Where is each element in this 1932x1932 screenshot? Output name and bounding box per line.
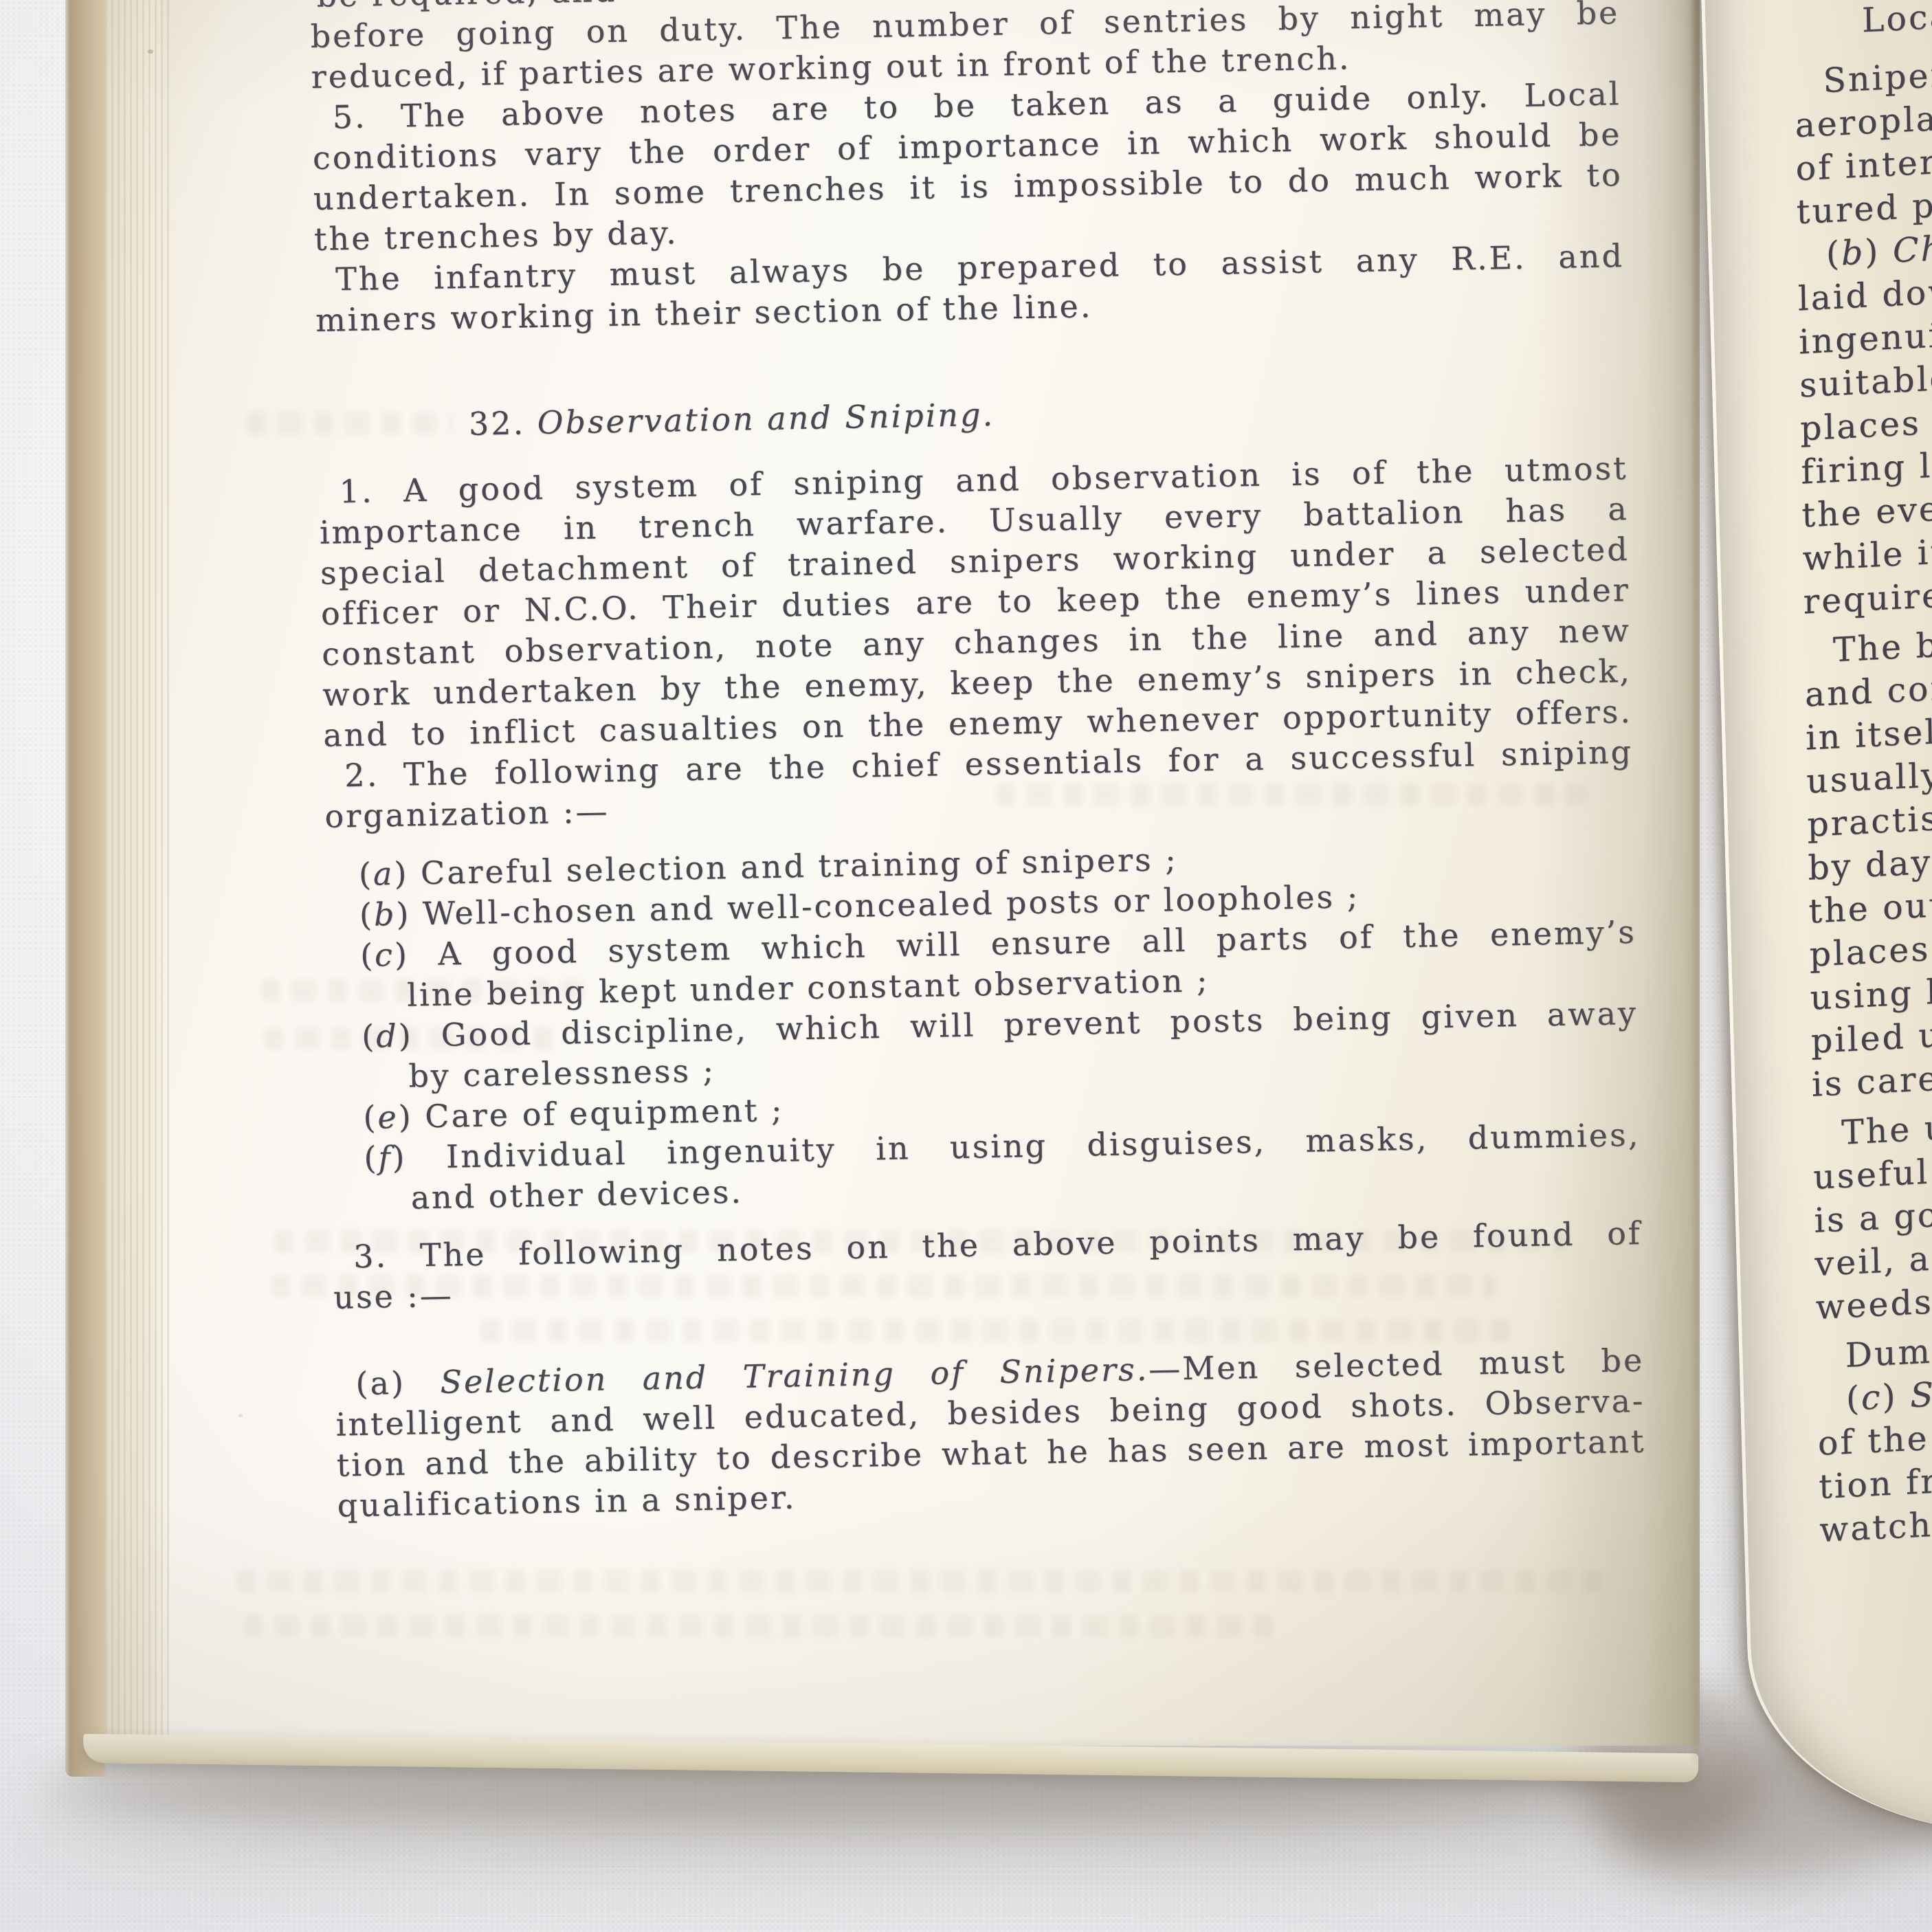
right-page-line: Snipers: [1794, 43, 1932, 104]
left-page-text: be required, andbefore going on duty. Th…: [309, 0, 1647, 1526]
show-through: [237, 1570, 1605, 1592]
show-through: [244, 1615, 1275, 1637]
book: be required, andbefore going on duty. Th…: [65, 0, 1932, 1804]
right-page-text: LocaSnipersaeroplaneof interestured pri(…: [1792, 0, 1932, 1552]
right-page-line: Loca: [1792, 0, 1932, 45]
page-gutter: [1693, 0, 1700, 1763]
book-fore-edge: [65, 0, 105, 1777]
section-heading: 32. Observation and Sniping.: [317, 383, 1627, 447]
right-page: LocaSnipersaeroplaneof interestured pri(…: [1700, 0, 1932, 1841]
book-photo: be required, andbefore going on duty. Th…: [0, 0, 1932, 1932]
left-page: be required, andbefore going on duty. Th…: [105, 0, 1700, 1746]
